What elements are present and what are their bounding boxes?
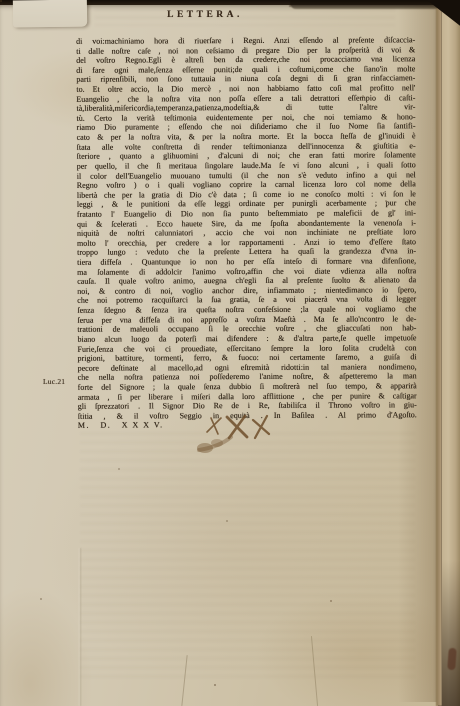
letter-lines: di voi:machiniamo hora di riuerſare i Re… [76, 35, 417, 421]
book-photo: LETTERA. Luc.21 di voi:machiniamo hora d… [0, 0, 460, 706]
letter-body: di voi:machiniamo hora di riuerſare i Re… [76, 35, 417, 430]
fore-edge-shadow [442, 560, 460, 706]
verso-show-through [80, 432, 415, 682]
fore-edge-stain [447, 648, 457, 671]
running-title: LETTERA. [60, 10, 350, 20]
margin-note-luke-reference: Luc.21 [43, 377, 65, 386]
paper-specks [0, 0, 2, 2]
handwritten-cross-marks-icon [165, 412, 280, 460]
